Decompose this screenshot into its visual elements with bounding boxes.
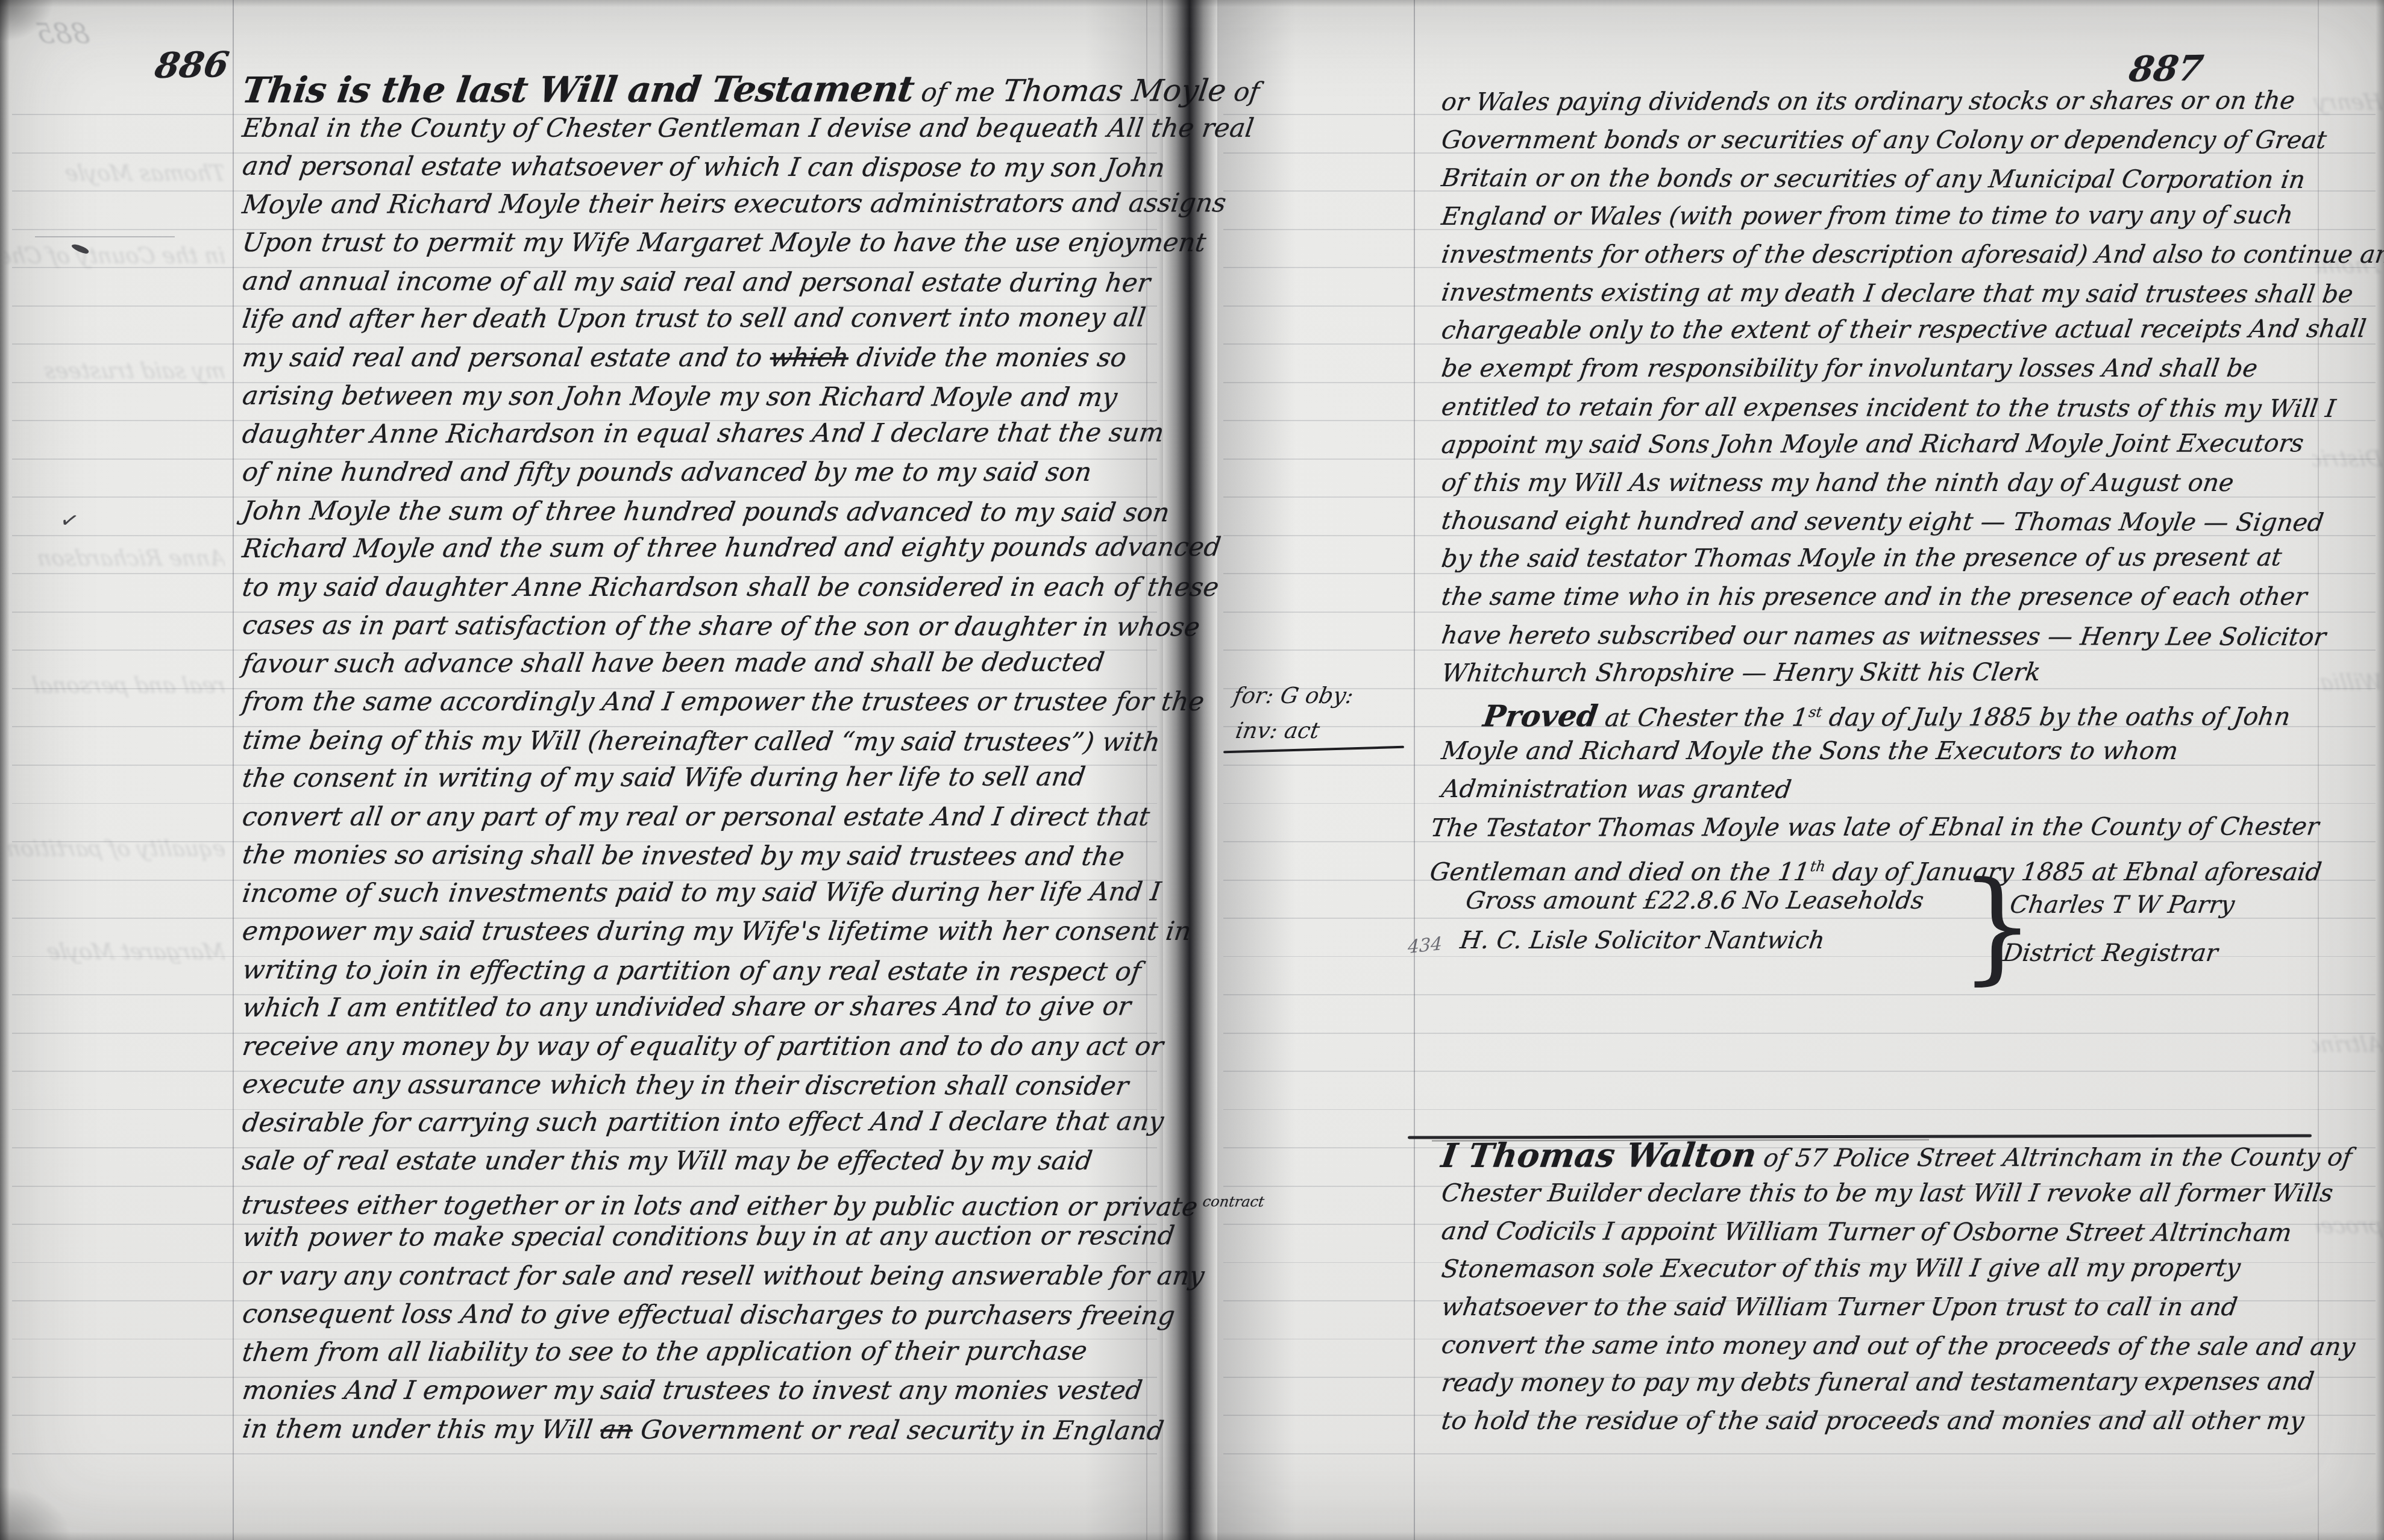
manuscript-line: and annual income of all my said real an…	[240, 263, 1158, 303]
manuscript-line: empower my said trustees during my Wife'…	[240, 913, 1158, 951]
manuscript-line: daughter Anne Richardson in equal shares…	[240, 414, 1158, 454]
manuscript-line: of nine hundred and fifty pounds advance…	[240, 454, 1158, 492]
margin-rule-left-page	[233, 0, 234, 1540]
manuscript-line: The Testator Thomas Moyle was late of Eb…	[1428, 807, 2313, 847]
scan-edge-left	[0, 0, 10, 1540]
register-scan: 885 Thomas Moylein the County of Chester…	[0, 0, 2384, 1540]
registrar-title: District Registrar	[2000, 929, 2320, 977]
manuscript-line: thousand eight hundred and seventy eight…	[1439, 502, 2309, 542]
registrar-note: The Testator Thomas Moyle was late of Eb…	[1428, 809, 2308, 886]
manuscript-line: or Wales paying dividends on its ordinar…	[1439, 81, 2309, 121]
manuscript-line: which I am entitled to any undivided sha…	[240, 988, 1158, 1027]
showthrough-text-left-margin: Thomas Moylein the County of Chestermy s…	[4, 161, 225, 965]
manuscript-line: Government bonds or securities of any Co…	[1439, 121, 2309, 159]
manuscript-line: income of such investments paid to my sa…	[240, 873, 1158, 913]
will-text-thomas-moyle: This is the last Will and Testament of m…	[240, 71, 1152, 1448]
manuscript-line: to hold the residue of the said proceeds…	[1439, 1402, 2315, 1440]
manuscript-line: and personal estate whatsoever of which …	[240, 148, 1158, 188]
manuscript-line: the same time who in his presence and in…	[1439, 578, 2309, 616]
showthrough-line: proceeds of the sale	[2315, 1214, 2383, 1239]
manuscript-line: Ebnal in the County of Chester Gentleman…	[240, 110, 1158, 148]
manuscript-line: convert the same into money and out of t…	[1439, 1326, 2315, 1366]
showthrough-line: my said trustees	[22, 359, 225, 384]
manuscript-line: desirable for carrying such partition in…	[240, 1103, 1158, 1142]
manuscript-line: cases as in part satisfaction of the sha…	[240, 607, 1158, 647]
manuscript-line: entitled to retain for all expenses inci…	[1439, 388, 2309, 428]
scan-edge-right	[2376, 0, 2384, 1540]
manuscript-line: ready money to pay my debts funeral and …	[1439, 1362, 2315, 1402]
book-gutter-shadow	[1158, 0, 1219, 1540]
manuscript-line: the monies so arising shall be invested …	[240, 836, 1158, 877]
manuscript-line: Stonemason sole Executor of this my Will…	[1439, 1248, 2315, 1288]
page-curve-shadow-right	[1217, 0, 1296, 1540]
manuscript-line: life and after her death Upon trust to s…	[240, 299, 1158, 339]
showthrough-line: Margaret Moyle	[17, 940, 225, 965]
manuscript-line: arising between my son John Moyle my son…	[240, 377, 1158, 418]
manuscript-line: John Moyle the sum of three hundred poun…	[240, 492, 1158, 533]
manuscript-line: England or Wales (with power from time t…	[1439, 196, 2309, 236]
manuscript-line: and Codicils I appoint William Turner of…	[1439, 1212, 2315, 1252]
manuscript-line: sale of real estate under this my Will m…	[240, 1142, 1158, 1181]
manuscript-line: to my said daughter Anne Richardson shal…	[240, 569, 1158, 607]
manuscript-line: Moyle and Richard Moyle their heirs exec…	[240, 184, 1158, 224]
manuscript-line: the consent in writing of my said Wife d…	[240, 758, 1158, 798]
margin-rule-right-page	[1414, 0, 1415, 1540]
manuscript-line: Upon trust to permit my Wife Margaret Mo…	[240, 224, 1158, 263]
manuscript-line: have hereto subscribed our names as witn…	[1439, 616, 2309, 656]
page-number-886: 886	[152, 44, 231, 86]
manuscript-line: consequent loss And to give effectual di…	[240, 1295, 1158, 1336]
manuscript-line: investments existing at my death I decla…	[1439, 274, 2309, 313]
manuscript-line: be exempt from responsibility for involu…	[1439, 349, 2309, 387]
manuscript-line: This is the last Will and Testament of m…	[240, 69, 1158, 109]
manuscript-line: my said real and personal estate and to …	[240, 339, 1158, 378]
manuscript-line: Chester Builder declare this to be my la…	[1439, 1174, 2315, 1212]
scan-edge-top	[0, 0, 2384, 7]
manuscript-line: investments for others of the descriptio…	[1439, 236, 2309, 274]
pencil-annotation: 434	[1408, 933, 1443, 958]
showthrough-line: Thomas Moyle	[13, 161, 225, 186]
manuscript-line: time being of this my Will (hereinafter …	[240, 722, 1158, 762]
solicitor-line: H. C. Lisle Solicitor Nantwich	[1458, 921, 1981, 960]
manuscript-line: in them under this my Will an Government…	[240, 1410, 1158, 1451]
manuscript-line: Proved at Chester the 1st day of July 18…	[1439, 692, 2309, 732]
manuscript-line: Administration was granted	[1439, 770, 2309, 810]
showthrough-line: in the County of Chester	[4, 244, 225, 269]
showthrough-line: Anne Richardson	[7, 546, 225, 571]
manuscript-line: with power to make special conditions bu…	[240, 1217, 1158, 1257]
manuscript-line: chargeable only to the extent of their r…	[1439, 310, 2309, 350]
manuscript-line: them from all liability to see to the ap…	[240, 1332, 1158, 1372]
manuscript-line: Britain or on the bonds or securities of…	[1439, 159, 2309, 199]
grant-details: Gross amount £22.8.6 No Leaseholds H. C.…	[1458, 881, 1987, 960]
manuscript-line: I Thomas Walton of 57 Police Street Altr…	[1439, 1135, 2315, 1174]
manuscript-line: favour such advance shall have been made…	[240, 643, 1158, 683]
registrar-name: Charles T W Parry	[2007, 881, 2327, 929]
showthrough-line: Henry Lee Solicitor	[2312, 90, 2383, 115]
gross-amount-line: Gross amount £22.8.6 No Leaseholds	[1463, 881, 1987, 921]
scan-edge-bottom	[0, 1532, 2384, 1540]
manuscript-line: or vary any contract for sale and resell…	[240, 1257, 1158, 1296]
manuscript-line: writing to join in effecting a partition…	[240, 951, 1158, 992]
manuscript-line: appoint my said Sons John Moyle and Rich…	[1439, 424, 2309, 464]
manuscript-line: by the said testator Thomas Moyle in the…	[1439, 539, 2309, 578]
probate-clause: Proved at Chester the 1st day of July 18…	[1439, 694, 2303, 808]
manuscript-line: whatsoever to the said William Turner Up…	[1439, 1288, 2315, 1326]
manuscript-line: Gentleman and died on the 11th day of Ja…	[1428, 847, 2313, 886]
manuscript-line: Whitchurch Shropshire — Henry Skitt his …	[1439, 653, 2309, 692]
showthrough-line: William Turner	[2316, 671, 2383, 695]
showthrough-line: equality of partition	[4, 837, 225, 862]
will-text-continuation: or Wales paying dividends on its ordinar…	[1439, 83, 2303, 692]
page-curve-shadow-left	[1085, 0, 1163, 1540]
manuscript-line: Richard Moyle and the sum of three hundr…	[240, 528, 1158, 568]
scan-corner-shadow-tl	[0, 0, 54, 42]
manuscript-line: execute any assurance which they in thei…	[240, 1066, 1158, 1106]
manuscript-line: from the same accordingly And I empower …	[240, 683, 1158, 722]
manuscript-line: trustees either together or in lots and …	[240, 1181, 1158, 1221]
showthrough-line: Altrincham	[2312, 1033, 2383, 1057]
will-text-thomas-walton: I Thomas Walton of 57 Police Street Altr…	[1439, 1136, 2309, 1440]
manuscript-line: convert all or any part of my real or pe…	[240, 798, 1158, 837]
showthrough-line: real and personal estate	[27, 674, 225, 698]
scan-corner-shadow-bl	[0, 1486, 72, 1540]
manuscript-line: monies And I empower my said trustees to…	[240, 1372, 1158, 1410]
manuscript-line: Moyle and Richard Moyle the Sons the Exe…	[1439, 732, 2309, 770]
manuscript-line: receive any money by way of equality of …	[240, 1028, 1158, 1066]
manuscript-line: of this my Will As witness my hand the n…	[1439, 464, 2309, 502]
showthrough-line: District Registrar	[2312, 447, 2383, 472]
registrar-signature: Charles T W Parry District Registrar	[2000, 881, 2327, 977]
